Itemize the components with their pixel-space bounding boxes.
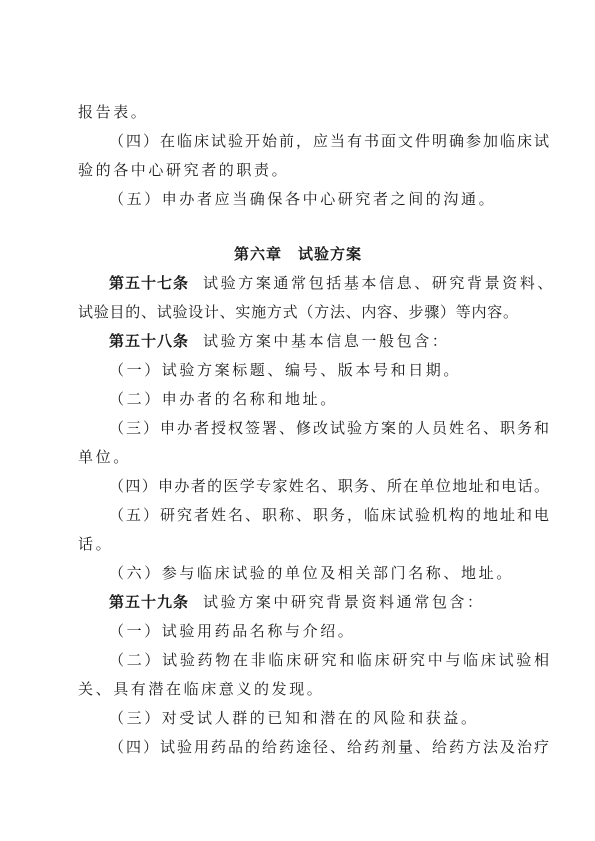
- article-number: 第五十八条: [109, 332, 189, 350]
- paragraph-line: 报告表。: [78, 102, 518, 122]
- article-text: 试验方案中研究背景资料通常包含：: [203, 593, 485, 611]
- article-text: 试验方案中基本信息一般包含：: [203, 332, 449, 350]
- article-number: 第五十七条: [109, 274, 189, 292]
- list-item: （三）对受试人群的已知和潜在的风险和获益。: [78, 708, 549, 728]
- list-item: （二）申办者的名称和地址。: [78, 389, 549, 409]
- list-item: （一）试验方案标题、编号、版本号和日期。: [78, 360, 549, 380]
- chapter-title: 第六章 试验方案: [78, 244, 518, 264]
- list-item: （二）试验药物在非临床研究和临床研究中与临床试验相: [78, 650, 549, 670]
- article-57: 第五十七条试验方案通常包括基本信息、研究背景资料、: [78, 273, 549, 293]
- paragraph-line: （五）申办者应当确保各中心研究者之间的沟通。: [78, 189, 549, 209]
- paragraph-line: （四）在临床试验开始前，应当有书面文件明确参加临床试: [78, 131, 549, 151]
- article-58: 第五十八条试验方案中基本信息一般包含：: [78, 331, 549, 351]
- article-59: 第五十九条试验方案中研究背景资料通常包含：: [78, 592, 549, 612]
- article-text: 试验方案通常包括基本信息、研究背景资料、: [203, 274, 555, 292]
- paragraph-line: 试验目的、试验设计、实施方式（方法、内容、步骤）等内容。: [78, 302, 518, 322]
- article-number: 第五十九条: [109, 593, 189, 611]
- list-item: （六）参与临床试验的单位及相关部门名称、地址。: [78, 563, 549, 583]
- paragraph-line: 验的各中心研究者的职责。: [78, 160, 518, 180]
- paragraph-line: 单位。: [78, 447, 518, 467]
- list-item: （四）试验用药品的给药途径、给药剂量、给药方法及治疗: [78, 737, 549, 757]
- list-item: （五）研究者姓名、职称、职务，临床试验机构的地址和电: [78, 505, 549, 525]
- paragraph-line: 关、具有潜在临床意义的发现。: [78, 679, 518, 699]
- list-item: （四）申办者的医学专家姓名、职务、所在单位地址和电话。: [78, 476, 549, 496]
- paragraph-line: 话。: [78, 534, 518, 554]
- list-item: （一）试验用药品名称与介绍。: [78, 621, 549, 641]
- list-item: （三）申办者授权签署、修改试验方案的人员姓名、职务和: [78, 418, 549, 438]
